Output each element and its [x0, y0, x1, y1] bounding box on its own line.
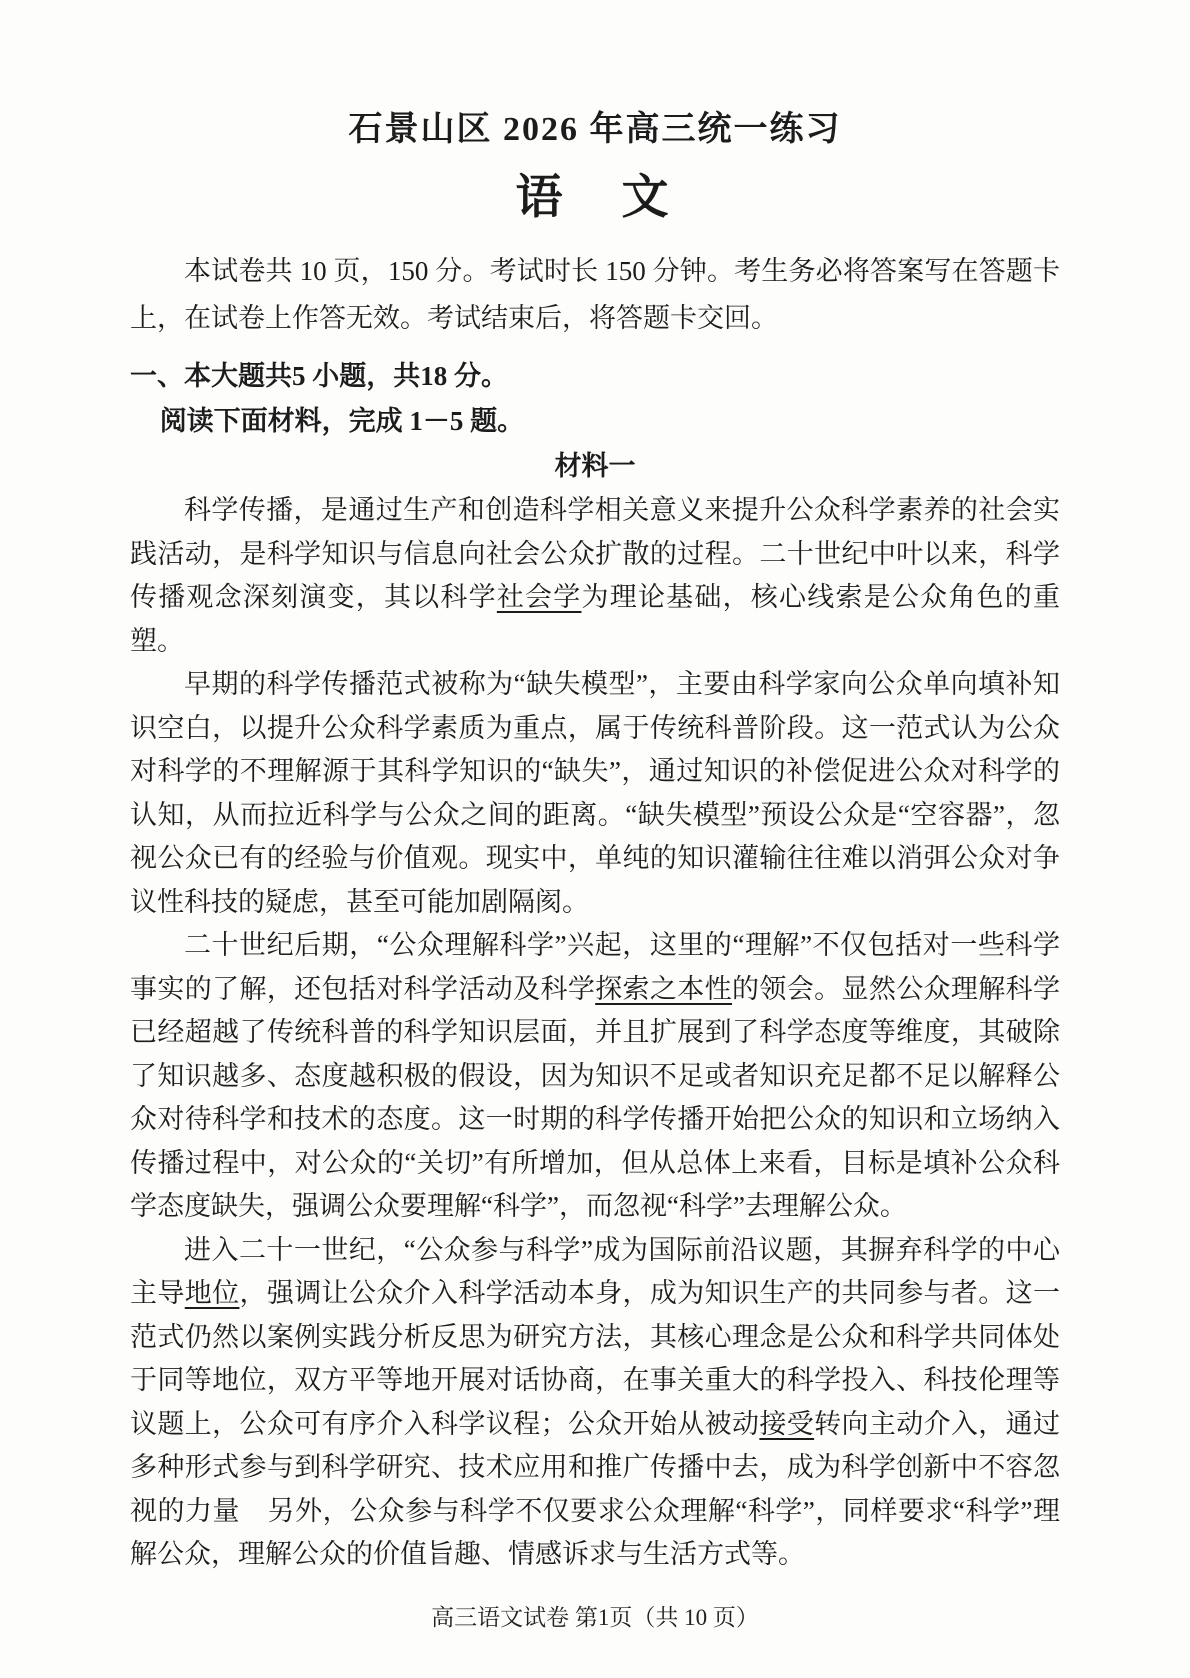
exam-title: 石景山区 2026 年高三统一练习	[130, 108, 1060, 152]
exam-page: 石景山区 2026 年高三统一练习 语 文 本试卷共 10 页，150 分。考试…	[0, 0, 1190, 1678]
underlined-term: 接受	[759, 1409, 814, 1439]
material-paragraph: 早期的科学传播范式被称为“缺失模型”，主要由科学家向公众单向填补知识空白，以提升…	[130, 663, 1060, 924]
material-paragraph: 进入二十一世纪，“公众参与科学”成为国际前沿议题，其摒弃科学的中心主导地位，强调…	[130, 1229, 1060, 1577]
exam-instructions: 本试卷共 10 页，150 分。考试时长 150 分钟。考生务必将答案写在答题卡…	[130, 248, 1060, 342]
reading-instruction: 阅读下面材料，完成 1－5 题。	[130, 399, 1060, 444]
subject-title: 语 文	[130, 170, 1060, 226]
section-one-heading: 一、本大题共5 小题，共18 分。	[130, 354, 1060, 399]
material-one-body: 科学传播，是通过生产和创造科学相关意义来提升公众科学素养的社会实践活动，是科学知…	[130, 489, 1060, 1577]
page-footer: 高三语文试卷 第1页（共 10 页）	[130, 1603, 1060, 1633]
material-paragraph: 二十世纪后期，“公众理解科学”兴起，这里的“理解”不仅包括对一些科学事实的了解，…	[130, 924, 1060, 1229]
material-one-heading: 材料一	[130, 444, 1060, 489]
underlined-term: 地位	[185, 1278, 240, 1308]
underlined-term: 社会学	[497, 582, 582, 612]
material-paragraph: 科学传播，是通过生产和创造科学相关意义来提升公众科学素养的社会实践活动，是科学知…	[130, 489, 1060, 663]
underlined-term: 探索之本性	[595, 974, 732, 1004]
